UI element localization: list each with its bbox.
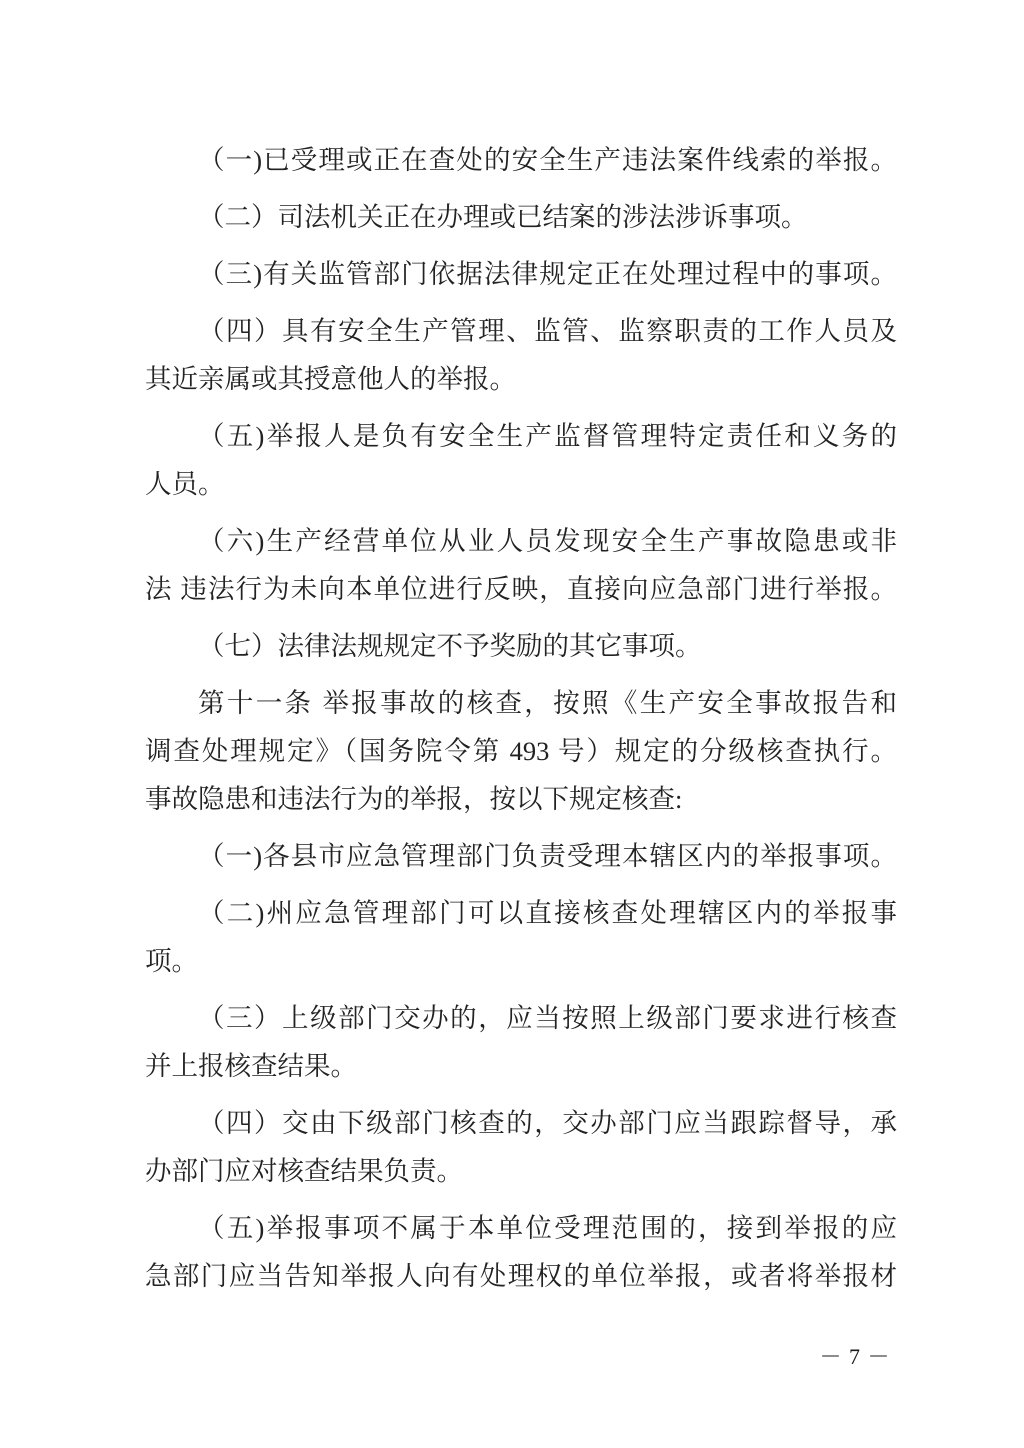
text-line: 第十一条 举报事故的核查，按照《生产安全事故报告和 <box>145 679 897 727</box>
document-page: （一)已受理或正在查处的安全生产违法案件线索的举报。（二）司法机关正在办理或已结… <box>0 0 1024 1448</box>
paragraph: （二)州应急管理部门可以直接核查处理辖区内的举报事项。 <box>145 889 897 985</box>
paragraph: （二）司法机关正在办理或已结案的涉法涉诉事项。 <box>145 193 897 241</box>
text-line: （二)州应急管理部门可以直接核查处理辖区内的举报事 <box>145 889 897 937</box>
text-line: （六)生产经营单位从业人员发现安全生产事故隐患或非 <box>145 517 897 565</box>
text-line: 项。 <box>145 937 897 985</box>
text-line: （一)各县市应急管理部门负责受理本辖区内的举报事项。 <box>145 832 897 880</box>
paragraph: （四）具有安全生产管理、监管、监察职责的工作人员及其近亲属或其授意他人的举报。 <box>145 307 897 403</box>
paragraph: （五)举报事项不属于本单位受理范围的，接到举报的应急部门应当告知举报人向有处理权… <box>145 1204 897 1300</box>
paragraph: （一)各县市应急管理部门负责受理本辖区内的举报事项。 <box>145 832 897 880</box>
text-line: （二）司法机关正在办理或已结案的涉法涉诉事项。 <box>145 193 897 241</box>
text-line: （三)有关监管部门依据法律规定正在处理过程中的事项。 <box>145 250 897 298</box>
paragraph: （三）上级部门交办的，应当按照上级部门要求进行核查并上报核查结果。 <box>145 994 897 1090</box>
paragraph: （五)举报人是负有安全生产监督管理特定责任和义务的人员。 <box>145 412 897 508</box>
text-line: 并上报核查结果。 <box>145 1042 897 1090</box>
document-body: （一)已受理或正在查处的安全生产违法案件线索的举报。（二）司法机关正在办理或已结… <box>145 136 897 1300</box>
text-line: 调查处理规定》（国务院令第 493 号）规定的分级核查执行。 <box>145 727 897 775</box>
text-line: 办部门应对核查结果负责。 <box>145 1147 897 1195</box>
page-number: － 7 － <box>810 1342 900 1372</box>
text-line: （五)举报人是负有安全生产监督管理特定责任和义务的 <box>145 412 897 460</box>
text-line: 其近亲属或其授意他人的举报。 <box>145 355 897 403</box>
text-line: （七）法律法规规定不予奖励的其它事项。 <box>145 622 897 670</box>
paragraph: （七）法律法规规定不予奖励的其它事项。 <box>145 622 897 670</box>
text-line: （五)举报事项不属于本单位受理范围的，接到举报的应 <box>145 1204 897 1252</box>
text-line: 事故隐患和违法行为的举报，按以下规定核查: <box>145 775 897 823</box>
paragraph: （一)已受理或正在查处的安全生产违法案件线索的举报。 <box>145 136 897 184</box>
paragraph: （四）交由下级部门核查的，交办部门应当跟踪督导，承办部门应对核查结果负责。 <box>145 1099 897 1195</box>
text-line: （四）具有安全生产管理、监管、监察职责的工作人员及 <box>145 307 897 355</box>
text-line: 人员。 <box>145 460 897 508</box>
text-line: （一)已受理或正在查处的安全生产违法案件线索的举报。 <box>145 136 897 184</box>
text-line: 急部门应当告知举报人向有处理权的单位举报，或者将举报材 <box>145 1252 897 1300</box>
text-line: （四）交由下级部门核查的，交办部门应当跟踪督导，承 <box>145 1099 897 1147</box>
paragraph: （六)生产经营单位从业人员发现安全生产事故隐患或非法 违法行为未向本单位进行反映… <box>145 517 897 613</box>
text-line: 法 违法行为未向本单位进行反映，直接向应急部门进行举报。 <box>145 565 897 613</box>
text-line: （三）上级部门交办的，应当按照上级部门要求进行核查 <box>145 994 897 1042</box>
paragraph: （三)有关监管部门依据法律规定正在处理过程中的事项。 <box>145 250 897 298</box>
paragraph: 第十一条 举报事故的核查，按照《生产安全事故报告和调查处理规定》（国务院令第 4… <box>145 679 897 823</box>
